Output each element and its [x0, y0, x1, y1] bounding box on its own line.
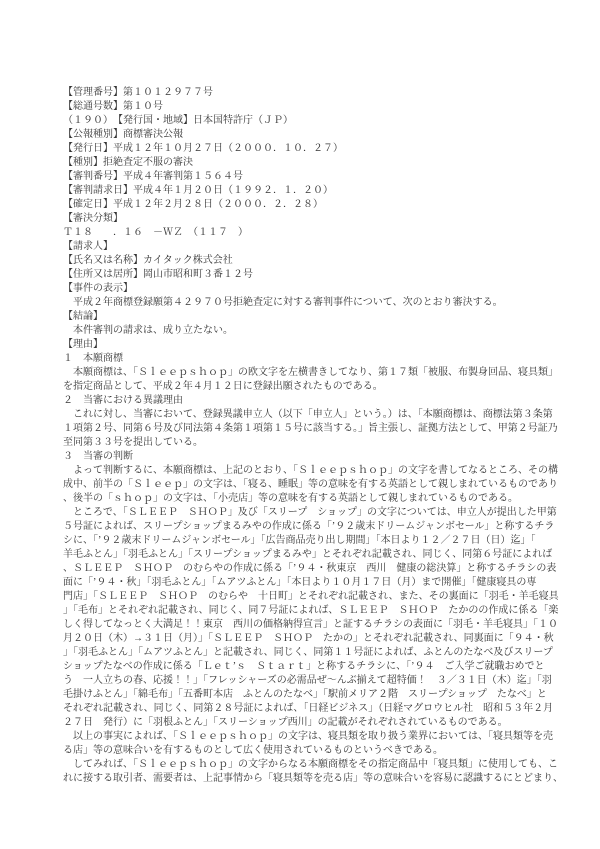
line-reason-label: 【理由】 [63, 338, 545, 352]
doc-body-line: これに対し、当審において、登録異議申立人（以下「申立人」という。）は、「本願商標… [63, 408, 545, 422]
doc-body-line: 羊毛ふとん」「羽毛ふとん」「スリープショップまるみや」とそれぞれ記載され、同じく… [63, 548, 545, 562]
doc-body-line: 」「羽毛ふとん」「ムアツふとん」と記載され、同じく、同第１１号証によれば、ふとん… [63, 646, 545, 660]
line-section1-heading: １ 本願商標 [63, 352, 545, 366]
doc-body-line: してみれば、「Ｓｌｅｅｐｓｈｏｐ」の文字からなる本願商標をその指定商品中「寝具類… [63, 758, 545, 772]
doc-body-line: を指定商品として、平成２年４月１２日に登録出願されたものである。 [63, 380, 545, 394]
line-section2-heading: ２ 当審における異議理由 [63, 394, 545, 408]
doc-body-line: ２７日 発行）に「羽根ふとん」「スリーショップ西川」の記載がそれぞれされているも… [63, 716, 545, 730]
gazette-page: 【管理番号】第１０１２９７７号 【総通号数】第１０号 （１９０） 【発行国・地域… [0, 0, 600, 849]
doc-body-line: う 一人立ちの春、応援！！」「フレッシャーズの必需品ぜ～んぶ揃えて超特価！ ３／… [63, 674, 545, 688]
line-category: 【種別】拒絶査定不服の審決 [63, 156, 545, 170]
doc-body-line: 」「毛布」とそれぞれ記載され、同じく、同７号証によれば、ＳＬＥＥＰ ＳＨＯＰ た… [63, 604, 545, 618]
doc-body-line: 毛掛けふとん」「綿毛布」「五番町本店 ふとんのたなべ」「駅前メリア２階 スリープ… [63, 688, 545, 702]
line-conclusion-text: 本件審判の請求は、成り立たない。 [63, 324, 545, 338]
doc-body-line: る店」等の意味合いを有するものとして広く使用されているものというべきである。 [63, 744, 545, 758]
doc-body-line: 成中、前半の「Ｓｌｅｅｐ」の文字は、「寝る、睡眠」等の意味を有する英語として親し… [63, 478, 545, 492]
line-section3-heading: ３ 当審の判断 [63, 450, 545, 464]
line-management-number: 【管理番号】第１０１２９７７号 [63, 86, 545, 100]
doc-body-line: ところで、「ＳＬＥＥＰ ＳＨＯＰ」及び「スリープ ショップ」の文字については、申… [63, 506, 545, 520]
doc-body-line: 面に「’９４・秋」「羽毛ふとん」「ムアツふとん」「本日より１０月１７日（月）まで… [63, 576, 545, 590]
line-trial-request-date: 【審判請求日】平成４年１月２０日（１９９２．１．２０） [63, 184, 545, 198]
doc-body-line: れに接する取引者、需要者は、上記事情から「寝具類等を売る店」等の意味合いを容易に… [63, 772, 545, 786]
doc-body-line: 至同第３３号を提出している。 [63, 436, 545, 450]
line-gazette-type: 【公報種別】商標審決公報 [63, 128, 545, 142]
doc-body-line: それぞれ記載され、同じく、同第２８号証によれば、「日経ビジネス」（日経マグロウヒ… [63, 702, 545, 716]
doc-body-line: ショップたなべの作成に係る「Ｌｅｔ’ｓ Ｓｔａｒｔ」と称するチラシに、「’９４ … [63, 660, 545, 674]
line-decision-classification-code: Ｔ１８ ．１６ －ＷＺ （１１７ ） [63, 226, 545, 240]
line-claimant-name: 【氏名又は名称】カイタック株式会社 [63, 254, 545, 268]
doc-body-line: 以上の事実によれば、「Ｓｌｅｅｐｓｈｏｐ」の文字は、寝具類を取り扱う業界において… [63, 730, 545, 744]
doc-body-line: 月２０日（木）→３１日（月）」「ＳＬＥＥＰ ＳＨＯＰ たかの」とそれぞれ記載され… [63, 632, 545, 646]
line-total-issue-number: 【総通号数】第１０号 [63, 100, 545, 114]
doc-body-line: 、ＳＬＥＥＰ ＳＨＯＰ のむらやの作成に係る「’９４・秋東京 西川 健康の総決算… [63, 562, 545, 576]
doc-body-line: よって判断するに、本願商標は、上記のとおり、「Ｓｌｅｅｐｓｈｏｐ」の文字を書して… [63, 464, 545, 478]
doc-body-line: しく得してなっとく大満足！！東京 西川の価格納得宣言」と証するチラシの表面に「羽… [63, 618, 545, 632]
line-final-decision-date: 【確定日】平成１２年２月２８日（２０００．２．２８） [63, 198, 545, 212]
line-case-indication-text: 平成２年商標登録願第４２９７０号拒絶査定に対する審判事件について、次のとおり審決… [63, 296, 545, 310]
line-issue-date: 【発行日】平成１２年１０月２７日（２０００．１０．２７） [63, 142, 545, 156]
doc-body-line: 本願商標は、「Ｓｌｅｅｐｓｈｏｐ」の欧文字を左横書きしてなり、第１７類「被服、布… [63, 366, 545, 380]
line-claimant-label: 【請求人】 [63, 240, 545, 254]
line-decision-classification-label: 【審決分類】 [63, 212, 545, 226]
line-issuing-country: （１９０） 【発行国・地域】日本国特許庁（ＪＰ） [63, 114, 545, 128]
doc-body-line: １項第２号、同第６号及び同法第４条第１項第１５号に該当する。」旨主張し、証拠方法… [63, 422, 545, 436]
line-conclusion-label: 【結論】 [63, 310, 545, 324]
line-case-indication-label: 【事件の表示】 [63, 282, 545, 296]
doc-body-line: ５号証によれば、スリープショップまるみやの作成に係る「’９２歳末ドリームジャンボ… [63, 520, 545, 534]
decision-document: 【管理番号】第１０１２９７７号 【総通号数】第１０号 （１９０） 【発行国・地域… [63, 86, 545, 787]
doc-body-line: シに、「’９２歳末ドリームジャンボセール」「広告商品売り出し期間」「本日より１２… [63, 534, 545, 548]
line-trial-number: 【審判番号】平成４年審判第１５６４号 [63, 170, 545, 184]
doc-body-line: 門店」「ＳＬＥＥＰ ＳＨＯＰ のむらや 十日町」とそれぞれ記載され、また、その裏… [63, 590, 545, 604]
line-claimant-address: 【住所又は居所】岡山市昭和町３番１２号 [63, 268, 545, 282]
doc-body-line: 、後半の「ｓｈｏｐ」の文字は、「小売店」等の意味を有する英語として親しまれている… [63, 492, 545, 506]
